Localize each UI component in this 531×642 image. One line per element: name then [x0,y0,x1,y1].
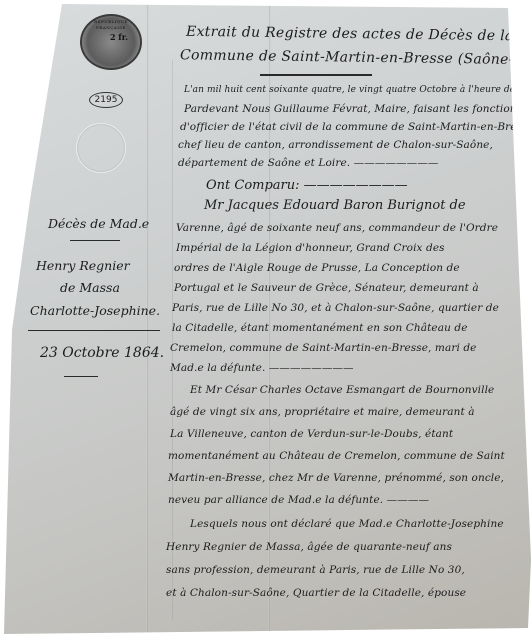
body-line: Paris, rue de Lille No 30, et à Chalon-s… [172,302,499,314]
body-line: chef lieu de canton, arrondissement de C… [178,139,493,151]
body-line: d'officier de l'état civil de la commune… [180,121,531,133]
margin-rule [64,376,98,377]
body-line: sans profession, demeurant à Paris, rue … [166,564,465,576]
body-line: ordres de l'Aigle Rouge de Prusse, La Co… [174,262,460,274]
margin-rule [70,240,120,241]
body-line: Cremelon, commune de Saint-Martin-en-Bre… [170,342,477,354]
body-line: La Villeneuve, canton de Verdun-sur-le-D… [170,428,453,440]
document-paper: RÉPUBLIQUE FRANÇAISE 2 fr. 2195 Extrait … [0,0,531,642]
body-line: Mr Jacques Edouard Baron Burignot de [204,198,466,213]
body-line: Et Mr César Charles Octave Esmangart de … [190,384,494,396]
body-line: département de Saône et Loire. ———————— [178,157,438,169]
body-line: et à Chalon-sur-Saône, Quartier de la Ci… [166,587,466,599]
header-line-2: Commune de Saint-Martin-en-Bresse (Saône… [180,47,531,69]
body-line: Henry Regnier de Massa, âgée de quarante… [166,541,452,553]
body-line: Martin-en-Bresse, chez Mr de Varenne, pr… [168,472,504,484]
embossed-seal-icon [76,123,126,173]
margin-line [172,60,173,620]
body-line: momentanément au Château de Cremelon, co… [168,450,505,462]
body-line: Lesquels nous ont déclaré que Mad.e Char… [190,518,504,530]
margin-name-3: Charlotte-Josephine. [30,303,160,318]
margin-name-2: de Massa [60,280,120,295]
margin-title: Décès de Mad.e [48,216,149,231]
body-line: L'an mil huit cent soixante quatre, le v… [184,85,531,95]
body-line: Impérial de la Légion d'honneur, Grand C… [176,242,445,254]
body-line: Mad.e la défunte. ———————— [170,362,354,374]
margin-rule [28,330,160,331]
body-line: Pardevant Nous Guillaume Févrat, Maire, … [184,103,522,115]
header-line-1: Extrait du Registre des actes de Décès d… [186,24,514,45]
body-line: Portugal et le Sauveur de Grèce, Sénateu… [174,282,479,294]
paper-fold [146,0,149,642]
margin-name-1: Henry Regnier [36,258,130,273]
stamp-number: 2195 [89,92,123,108]
body-line: neveu par alliance de Mad.e la défunte. … [168,494,429,506]
header-rule [260,74,372,76]
stamp-text: RÉPUBLIQUE FRANÇAISE [84,19,138,31]
body-line: Ont Comparu: ———————— [206,178,408,193]
body-line: Varenne, âgé de soixante neuf ans, comma… [176,222,498,234]
body-line: âgé de vingt six ans, propriétaire et ma… [170,406,475,418]
body-line: la Citadelle, étant momentanément en son… [172,322,468,334]
tax-stamp: RÉPUBLIQUE FRANÇAISE 2 fr. [80,14,142,70]
margin-date: 23 Octobre 1864. [40,345,164,361]
stamp-value: 2 fr. [110,34,128,40]
